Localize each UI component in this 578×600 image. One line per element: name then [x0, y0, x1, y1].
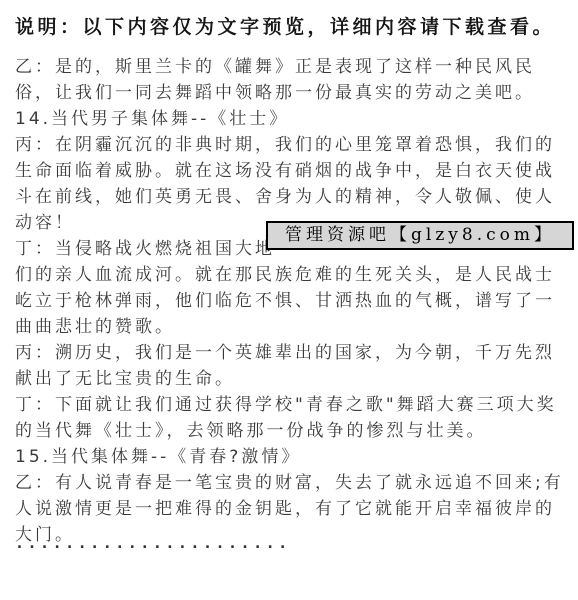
text-line: 丙：在阴霾沉沉的非典时期，我们的心里笼罩着恐惧，我们的 [15, 132, 571, 158]
watermark-badge: 管理资源吧【glzy8.com】 [266, 221, 574, 250]
document-text-body: 乙：是的，斯里兰卡的《罐舞》正是表现了这样一种民风民俗，让我们一同去舞蹈中领略那… [15, 54, 571, 548]
text-line: 乙：有人说青春是一笔宝贵的财富，失去了就永远追不回来;有 [15, 470, 571, 496]
text-line: 的当代舞《壮士》，去领略那一份战争的惨烈与壮美。 [15, 418, 571, 444]
text-line: 丁：下面就让我们通过获得学校"青春之歌"舞蹈大赛三项大奖 [15, 392, 571, 418]
text-line: 献出了无比宝贵的生命。 [15, 366, 571, 392]
text-line: 15.当代集体舞--《青春?激情》 [15, 444, 571, 470]
text-line: 曲曲悲壮的赞歌。 [15, 314, 571, 340]
text-line: 屹立于枪林弹雨，他们临危不惧、甘洒热血的气概，谱写了一 [15, 288, 571, 314]
text-line: 生命面临着威胁。就在这场没有硝烟的战争中，是白衣天使战 [15, 158, 571, 184]
text-line: 俗，让我们一同去舞蹈中领略那一份最真实的劳动之美吧。 [15, 80, 571, 106]
document-preview-page: 说明：以下内容仅为文字预览，详细内容请下载查看。 乙：是的，斯里兰卡的《罐舞》正… [0, 0, 578, 600]
text-line: 乙：是的，斯里兰卡的《罐舞》正是表现了这样一种民风民 [15, 54, 571, 80]
preview-notice-heading: 说明：以下内容仅为文字预览，详细内容请下载查看。 [15, 13, 555, 41]
truncation-dots: ...................... [15, 534, 291, 552]
text-line: 丙：溯历史，我们是一个英雄辈出的国家，为今朝，千万先烈 [15, 340, 571, 366]
text-line: 人说激情更是一把难得的金钥匙，有了它就能开启幸福彼岸的 [15, 496, 571, 522]
text-line: 斗在前线，她们英勇无畏、舍身为人的精神，令人敬佩、使人 [15, 184, 571, 210]
text-line: 14.当代男子集体舞--《壮士》 [15, 106, 571, 132]
text-line: 们的亲人血流成河。就在那民族危难的生死关头，是人民战士 [15, 262, 571, 288]
